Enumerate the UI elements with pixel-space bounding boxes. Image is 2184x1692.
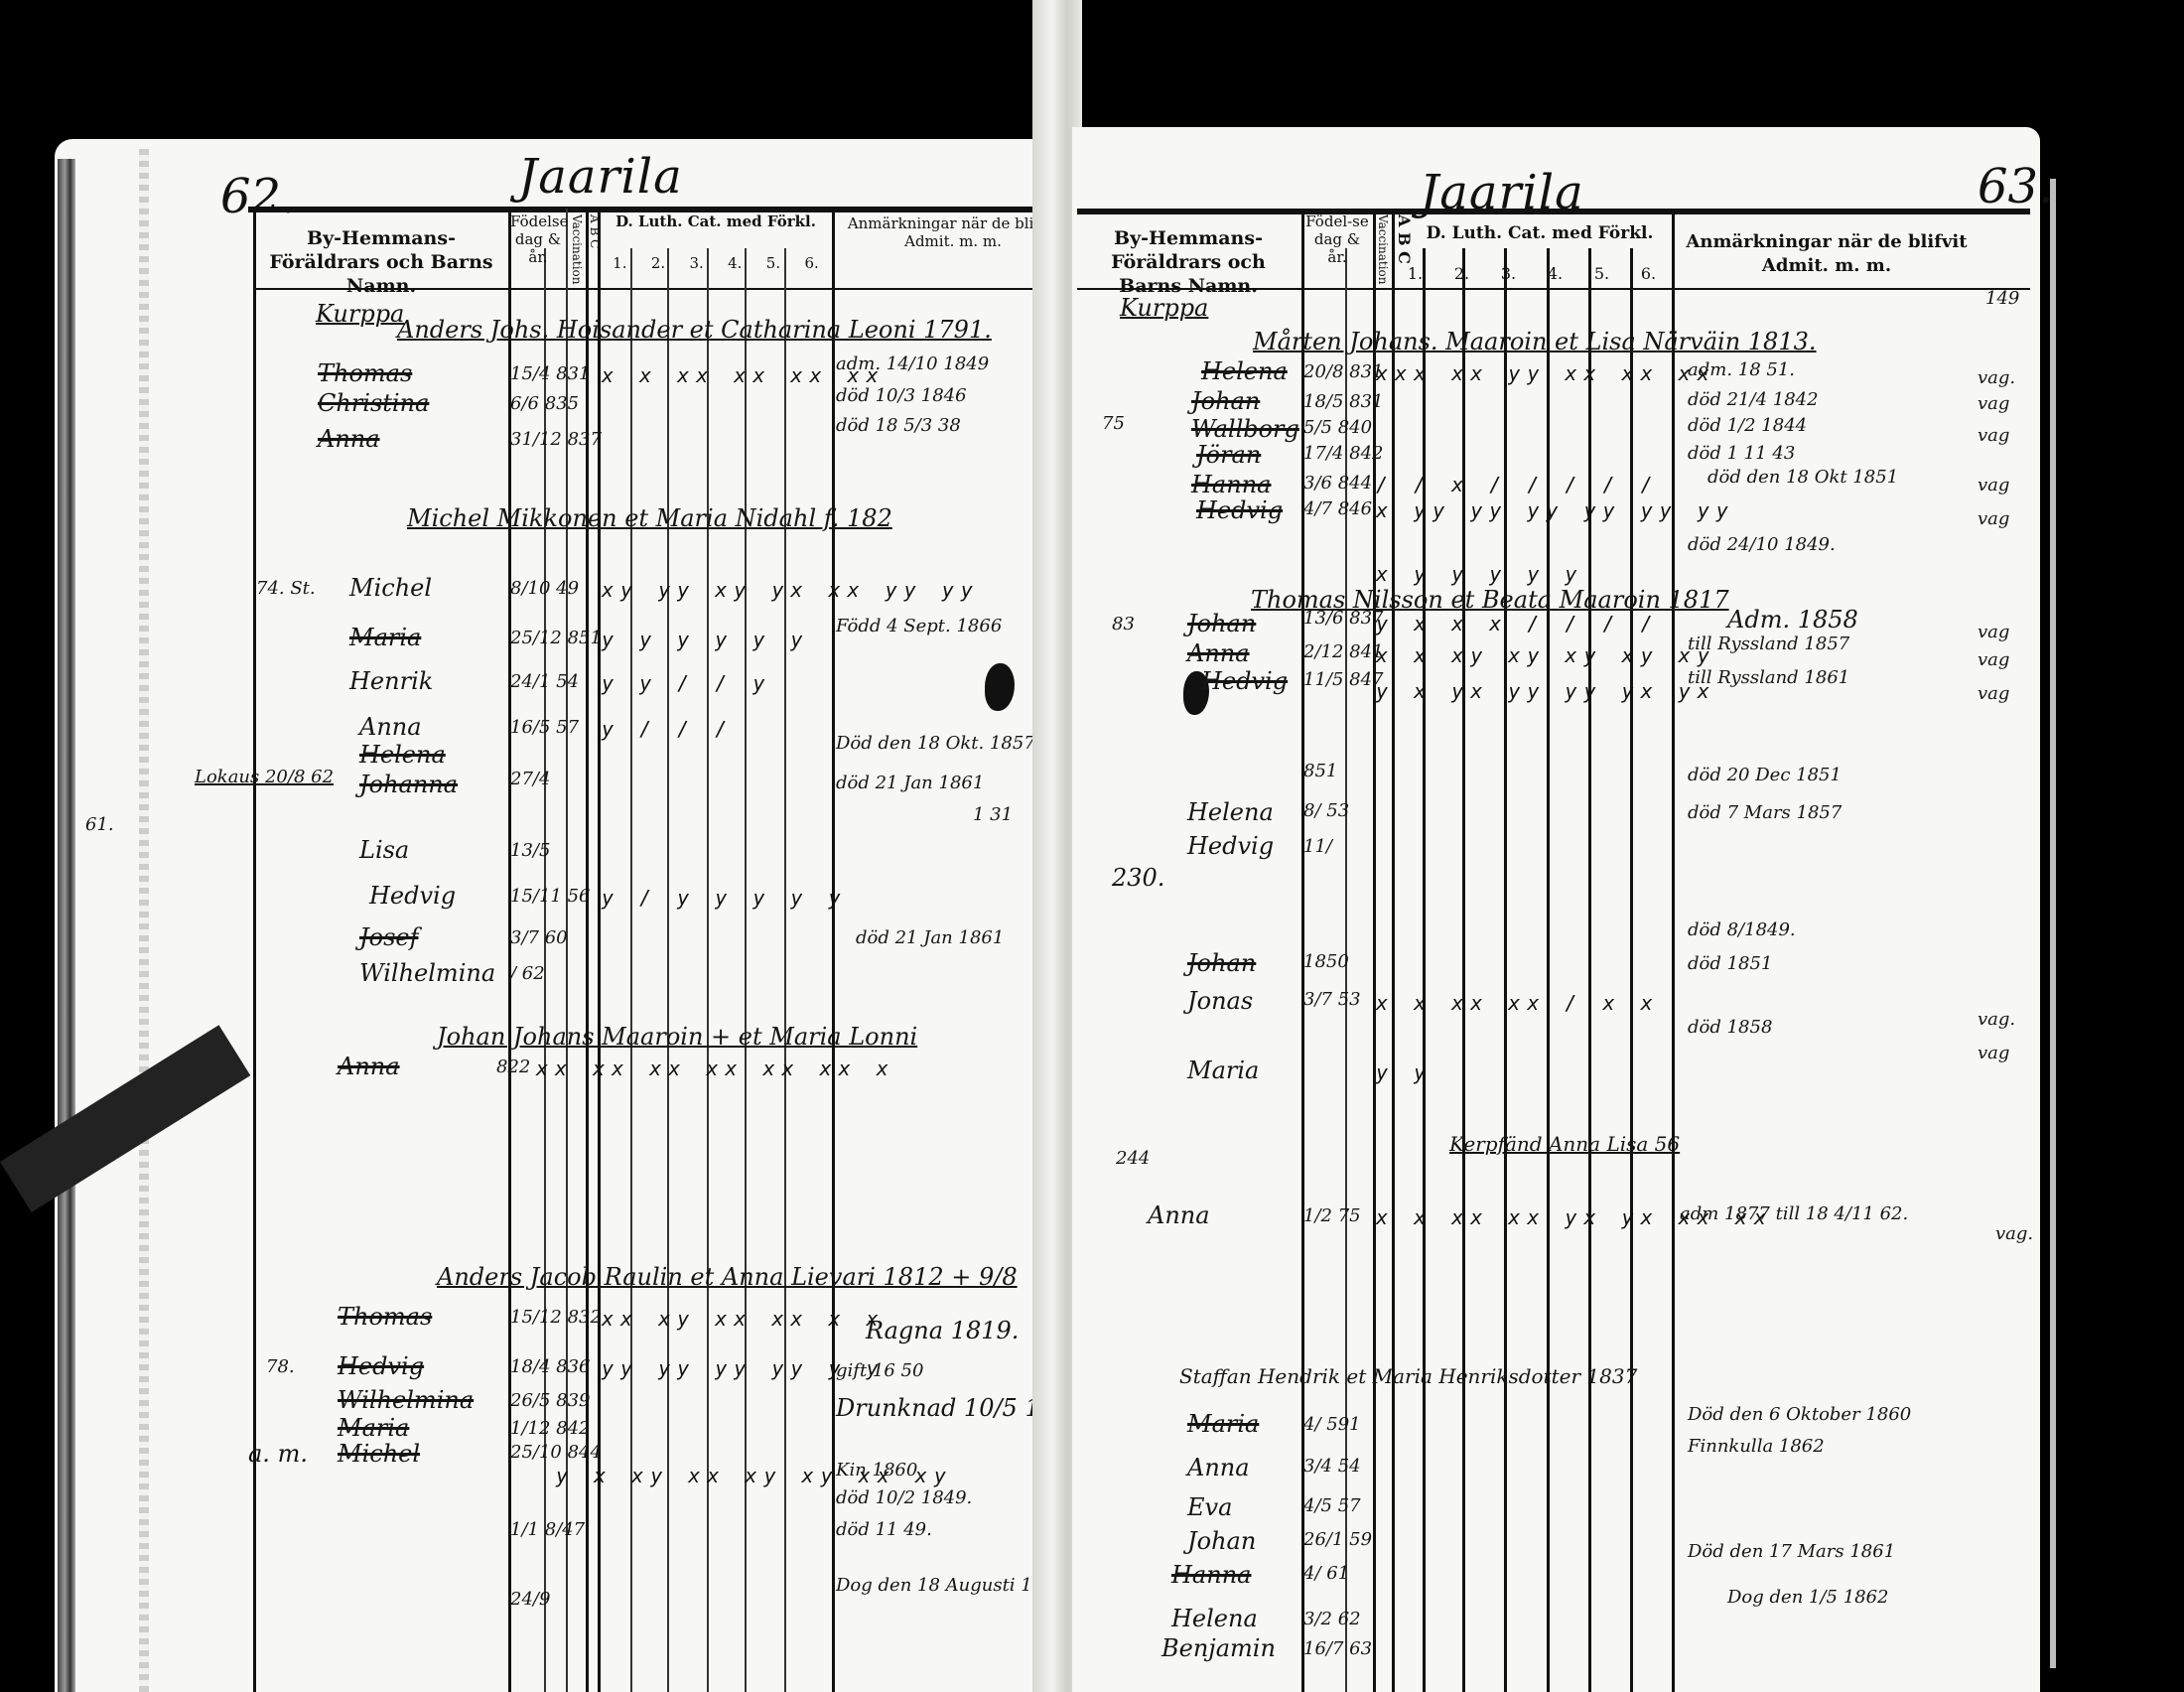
member-birth: 25/12 851: [510, 628, 602, 648]
cat-col-5: 5.: [766, 254, 780, 272]
member-birth: 1/12 842: [510, 1418, 591, 1439]
member-name: Johan: [1187, 949, 1256, 977]
page-edge-strip: [139, 149, 149, 1692]
member-name: Anna: [338, 1053, 400, 1080]
col-line: [1588, 248, 1591, 1692]
member-birth: 16/5 57: [510, 717, 579, 738]
member-marks: xx xx xx xx xx xx x: [536, 1057, 895, 1080]
col-line: [1630, 248, 1633, 1692]
member-birth: 16/7 63: [1303, 1638, 1372, 1659]
member-birth: 1/2 75: [1303, 1205, 1361, 1226]
cat-col-1: 1.: [613, 254, 626, 272]
member-name: Anna: [359, 713, 422, 741]
member-name: Wilhelmina: [338, 1386, 474, 1414]
col-line: [1373, 211, 1376, 1692]
member-name: Hedvig: [1187, 832, 1274, 860]
left-header-vaccination: Vaccination: [570, 214, 584, 285]
member-remark: död 24/10 1849.: [1688, 534, 1836, 555]
member-name: Jonas: [1187, 987, 1253, 1015]
left-page-number: 62.: [220, 169, 296, 224]
row-prefix: 83: [1112, 614, 1135, 634]
margin-right-note: vag.: [1995, 1223, 2033, 1244]
margin-right-note: vag: [1978, 425, 2009, 446]
member-birth: 4/7 846: [1303, 498, 1372, 519]
member-marks: y y y y y y: [602, 628, 809, 651]
member-name: Anna: [1187, 639, 1250, 667]
member-remark: Adm. 1858: [1727, 606, 1858, 634]
left-village-title: Jaarila: [518, 149, 683, 205]
member-remark: död 10/2 1849.: [836, 1487, 972, 1508]
member-birth: 25/10 844: [510, 1442, 602, 1463]
left-catechism-cols: 1. 2. 3. 4. 5. 6.: [601, 254, 831, 272]
member-name: Thomas: [318, 359, 412, 387]
member-marks: x x xy xy xy xy xy: [1376, 643, 1716, 667]
col-line: [1504, 248, 1507, 1692]
member-remark: Finnkulla 1862: [1688, 1436, 1825, 1457]
member-marks: xx xy xx xx x x: [602, 1307, 886, 1331]
margin-right-note: vag: [1978, 1043, 2009, 1063]
right-header-catechism: D. Luth. Cat. med Förkl.: [1410, 224, 1670, 242]
member-remark: adm. 18 51.: [1688, 359, 1795, 380]
member-remark: till Ryssland 1857: [1688, 634, 1849, 654]
member-name: Hedvig: [369, 882, 456, 910]
member-birth: 17/4 842: [1303, 443, 1384, 464]
row-prefix: 74. St.: [256, 578, 316, 599]
right-header-name: By-Hemmans-Föräldrars och Barns Namn.: [1077, 226, 1299, 298]
member-name: Johan: [1187, 610, 1256, 637]
member-birth: 1/1 8/47: [510, 1519, 585, 1540]
member-remark: död 18 5/3 38: [836, 415, 961, 436]
member-birth: / 62: [510, 963, 545, 984]
member-remark: Död den 6 Oktober 1860: [1688, 1404, 1911, 1425]
member-birth: 6/6 835: [510, 393, 579, 414]
member-name: Wallborg: [1191, 415, 1299, 443]
left-header-abc: A B C: [588, 214, 602, 248]
col-line: [1392, 211, 1395, 1692]
member-name: Johanna: [359, 771, 458, 798]
member-name: Anna: [1148, 1201, 1210, 1229]
member-name: Maria: [1187, 1057, 1259, 1084]
member-name: Helena: [359, 741, 446, 769]
member-name: Anna: [318, 425, 380, 453]
margin-right-note: vag: [1978, 393, 2009, 414]
header-top-rule: [1077, 209, 2030, 214]
farm-name: Kurppa: [316, 300, 404, 328]
cat-col-6: 6.: [1641, 264, 1656, 283]
member-name: Hedvig: [338, 1352, 424, 1380]
member-birth: 851: [1303, 761, 1337, 781]
col-line: [1672, 211, 1675, 1692]
member-birth: 822: [496, 1057, 530, 1077]
member-name: Maria: [349, 624, 421, 651]
col-line: [1547, 248, 1550, 1692]
cat-col-5: 5.: [1594, 264, 1609, 283]
member-birth: 26/5 839: [510, 1390, 591, 1411]
margin-right-note: vag.: [1978, 1009, 2015, 1030]
right-header-remarks: Anmärkningar när de blifvit Admit. m. m.: [1678, 230, 1976, 278]
member-name: Wilhelmina: [359, 959, 495, 987]
member-birth: 3/7 60: [510, 927, 568, 948]
member-marks: y y / / y: [602, 671, 771, 695]
right-header-birth: Födel-se dag & år.: [1303, 212, 1371, 266]
cat-col-3: 3.: [689, 254, 703, 272]
member-remark: död 1858: [1688, 1017, 1772, 1038]
member-birth: 5/5 840: [1303, 417, 1372, 438]
member-remark: död 11 49.: [836, 1519, 932, 1540]
cat-col-2: 2.: [651, 254, 665, 272]
member-name: Maria: [338, 1414, 409, 1442]
member-name: Hedvig: [1201, 667, 1288, 695]
member-name: Anna: [1187, 1454, 1250, 1481]
member-remark: adm 1877 till 18 4/11 62.: [1680, 1203, 1908, 1224]
member-birth: 4/5 57: [1303, 1495, 1361, 1516]
member-remark: död 10/3 1846: [836, 385, 967, 406]
member-name: Hanna: [1171, 1561, 1251, 1589]
member-birth: 1850: [1303, 951, 1349, 972]
row-prefix: 78.: [266, 1356, 295, 1377]
margin-note: 75: [1102, 413, 1125, 434]
member-birth: 31/12 837: [510, 429, 602, 450]
member-remark: adm. 14/10 1849: [836, 353, 989, 374]
member-remark: död 7 Mars 1857: [1688, 802, 1842, 823]
col-line: [1423, 248, 1426, 1692]
left-header-name: By-Hemmans-Föräldrars och Barns Namn.: [256, 226, 506, 298]
member-birth: 26/1 59: [1303, 1529, 1372, 1550]
right-catechism-cols: 1. 2. 3. 4. 5. 6.: [1392, 264, 1672, 283]
farm-name: Kurppa: [1120, 294, 1208, 322]
cat-col-2: 2.: [1454, 264, 1469, 283]
member-name: Johan: [1191, 387, 1260, 415]
member-remark: 1 31: [973, 804, 1013, 825]
household-head: Anders Johs. Hoisander et Catharina Leon…: [397, 316, 992, 344]
member-marks: xy yy xy yx xx yy yy: [602, 578, 980, 602]
member-birth: 15/12 832: [510, 1307, 602, 1328]
corner-note: 149: [1985, 288, 2019, 309]
cat-col-1: 1.: [1408, 264, 1423, 283]
member-name: Helena: [1187, 798, 1274, 826]
member-remark: Kin 1860: [836, 1460, 917, 1480]
member-remark: död 1 11 43: [1688, 443, 1795, 464]
member-name: Helena: [1201, 357, 1288, 385]
member-marks: x x xx xx / x x: [1376, 991, 1660, 1015]
member-name: Josef: [359, 923, 418, 951]
member-birth: 24/9: [510, 1589, 550, 1610]
member-name: Michel: [338, 1440, 420, 1468]
member-name: Michel: [349, 574, 432, 602]
member-remark: Död den 18 Okt. 1857: [836, 733, 1035, 754]
member-marks: y / y y y y y: [602, 886, 848, 910]
member-name: Hanna: [1191, 471, 1271, 498]
margin-right-note: vag: [1978, 475, 2009, 495]
member-marks: y x yx yy yy yx yx: [1376, 679, 1716, 703]
member-remark: död 21 Jan 1861: [856, 927, 1004, 948]
col-line: [253, 209, 256, 1692]
margin-right-note: vag.: [1978, 367, 2015, 388]
member-birth: 8/10 49: [510, 578, 579, 599]
member-birth: 24/1 54: [510, 671, 579, 692]
member-birth: 13/6 837: [1303, 608, 1384, 629]
cat-col-4: 4.: [728, 254, 742, 272]
member-name: Lisa: [359, 836, 409, 864]
book-edge: [58, 159, 75, 1692]
household-head: Anders Jacob Raulin et Anna Lievari 1812…: [437, 1263, 1018, 1291]
right-header-vaccination: Vaccination: [1376, 214, 1390, 285]
member-remark: gift 16 50: [836, 1360, 923, 1381]
member-remark: Död den 17 Mars 1861: [1688, 1541, 1895, 1562]
member-name: Christina: [318, 389, 429, 417]
member-name: Helena: [1171, 1605, 1258, 1632]
left-header-catechism: D. Luth. Cat. med Förkl.: [601, 212, 831, 230]
left-header-birth: Födelse dag & år.: [510, 212, 566, 266]
member-remark: död 20 Dec 1851: [1688, 765, 1842, 785]
member-remark: Ragna 1819.: [866, 1317, 1019, 1344]
margin-right-note: vag: [1978, 649, 2009, 670]
cat-col-6: 6.: [804, 254, 818, 272]
member-remark: död 21/4 1842: [1688, 389, 1819, 410]
member-remark: död 1851: [1688, 953, 1772, 974]
margin-right-note: vag: [1978, 508, 2009, 529]
member-marks: y / / /: [602, 717, 734, 741]
member-remark: Född 4 Sept. 1866: [836, 616, 1002, 636]
margin-note: 61.: [85, 814, 114, 835]
member-birth: 11/5 847: [1303, 669, 1384, 690]
member-name: Hedvig: [1196, 496, 1283, 524]
cat-col-3: 3.: [1501, 264, 1516, 283]
member-marks: y x x x / / / /: [1376, 612, 1660, 635]
member-remark: till Ryssland 1861: [1688, 667, 1849, 688]
member-birth: 3/7 53: [1303, 989, 1361, 1010]
member-birth: 18/5 831: [1303, 391, 1384, 412]
member-remark: död 8/1849.: [1688, 919, 1796, 940]
household-head: Kerpfänd Anna Lisa 56: [1449, 1132, 1680, 1156]
household-head: Johan Johans Maaroin + et Maria Lonni: [437, 1023, 917, 1051]
row-prefix: 230.: [1112, 864, 1164, 892]
member-birth: 20/8 831: [1303, 361, 1384, 382]
member-birth: 3/6 844: [1303, 473, 1372, 493]
household-head: Mårten Johans. Maaroin et Lisa Närväin 1…: [1253, 328, 1817, 355]
member-birth: 3/2 62: [1303, 1609, 1361, 1629]
page-edge: [2050, 179, 2056, 1668]
margin-right-note: vag: [1978, 683, 2009, 704]
member-name: Benjamin: [1161, 1634, 1276, 1662]
member-name: Eva: [1187, 1493, 1232, 1521]
member-name: Thomas: [338, 1303, 432, 1331]
row-prefix: a. m.: [248, 1440, 308, 1468]
member-birth: 15/11 56: [510, 886, 591, 907]
member-remark: död 21 Jan 1861: [836, 773, 984, 793]
margin-note: Lokaus 20/8 62: [195, 767, 334, 787]
member-birth: 27/4: [510, 769, 550, 789]
row-prefix: 244: [1116, 1148, 1150, 1169]
member-birth: 4/ 591: [1303, 1414, 1361, 1435]
member-marks: / / x / / / / /: [1376, 473, 1660, 496]
right-page-number: 63.: [1978, 159, 2053, 214]
household-head: Michel Mikkonen et Maria Nidahl f. 182: [407, 504, 892, 532]
member-birth: 2/12 841: [1303, 641, 1384, 662]
member-birth: 3/4 54: [1303, 1456, 1361, 1477]
member-marks: xxx xx yy xx xx xx: [1376, 361, 1716, 385]
member-birth: 4/ 61: [1303, 1563, 1349, 1584]
member-marks: x y y y y y: [1376, 562, 1583, 586]
member-marks: x yy yy yy yy yy yy: [1376, 498, 1735, 522]
member-name: Maria: [1187, 1410, 1259, 1438]
member-birth: 11/: [1303, 836, 1332, 857]
member-remark: död den 18 Okt 1851: [1707, 467, 1898, 488]
household-head: Staffan Hendrik et Maria Henriksdotter 1…: [1179, 1364, 1637, 1388]
member-birth: 8/ 53: [1303, 800, 1349, 821]
member-birth: 13/5: [510, 840, 550, 861]
member-birth: 18/4 836: [510, 1356, 591, 1377]
member-birth: 15/4 831: [510, 363, 591, 384]
member-remark: död 1/2 1844: [1688, 415, 1807, 436]
member-name: Henrik: [349, 667, 433, 695]
member-name: Jöran: [1196, 441, 1261, 469]
member-name: Johan: [1187, 1527, 1256, 1555]
member-marks: y y: [1376, 1060, 1433, 1084]
margin-right-note: vag: [1978, 622, 2009, 642]
col-line: [1462, 248, 1465, 1692]
member-remark: Dog den 1/5 1862: [1727, 1587, 1889, 1608]
cat-col-4: 4.: [1548, 264, 1563, 283]
